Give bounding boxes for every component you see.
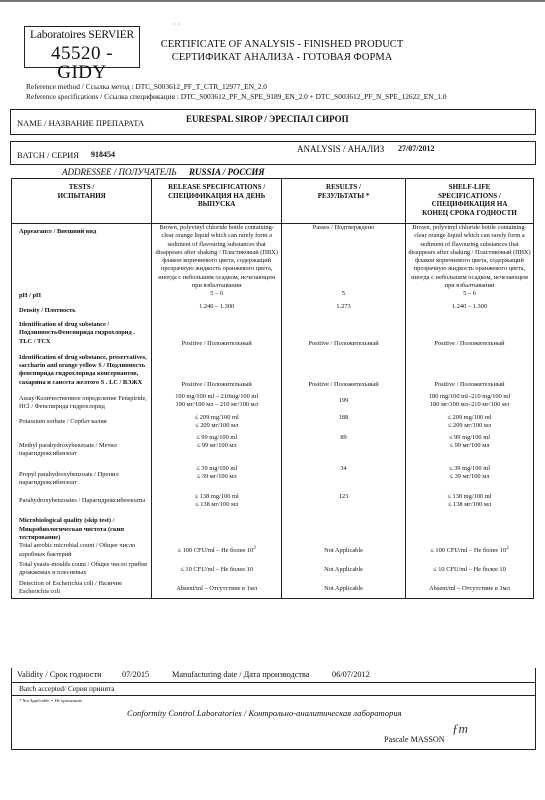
result-cell: 188 xyxy=(282,414,406,434)
table-row: Density / Плотность1.240 – 1.3001.2731.2… xyxy=(12,303,534,317)
title-en: CERTIFICATE OF ANALYSIS - FINISHED PRODU… xyxy=(142,38,422,51)
result-cell: Positive / Положительный xyxy=(282,317,406,348)
analysis-date: 27/07/2012 xyxy=(398,144,434,153)
batch-accepted-label: Batch accepted/ Серия принята xyxy=(19,684,115,693)
table-row-micro-heading: Microbiological quality (skip test) / Ми… xyxy=(12,511,534,542)
table-row: Potassium sorbate / Сорбат калия≤ 209 mg… xyxy=(12,414,534,434)
result-cell-text: Not Applicable xyxy=(324,585,363,592)
empty-cell xyxy=(152,511,282,542)
test-cell-text: Total aerobic microbial count / Общее чи… xyxy=(19,542,135,557)
empty-cell xyxy=(282,511,406,542)
result-cell: Not Applicable xyxy=(282,561,406,580)
release-spec-cell: ≤ 99 mg/100 ml ≤ 99 мг/100 мл xyxy=(152,434,282,465)
validity-label: Validity / Срок годности xyxy=(17,670,102,679)
signature: ƒm xyxy=(452,721,468,737)
addressee: ADDRESSEE / ПОЛУЧАТЕЛЬ RUSSIA / РОССИЯ xyxy=(62,167,265,177)
table-header: TESTS / ИСПЫТАНИЯ RELEASE SPECIFICATIONS… xyxy=(12,179,534,224)
shelf-life-spec-cell: ≤ 10 CFU/ml – Не более 10 xyxy=(405,561,533,580)
release-spec-cell: ≤ 209 mg/100 ml ≤ 209 мг/100 мл xyxy=(152,414,282,434)
result-cell: 5 xyxy=(282,290,406,302)
batch-accepted-row: Batch accepted/ Серия принята xyxy=(11,682,536,696)
table-row: Total yeasts-moulds count / Общее число … xyxy=(12,561,534,580)
result-cell: 123 xyxy=(282,493,406,511)
shelf-life-spec-cell-text: ≤ 100 CFU/ml – Не более 10 xyxy=(430,547,506,554)
reference-specifications: Reference specifications / Ссылка специф… xyxy=(26,92,446,102)
addressee-value: RUSSIA / РОССИЯ xyxy=(189,167,265,177)
shelf-life-spec-cell: ≤ 100 CFU/ml – Не более 102 xyxy=(405,542,533,561)
table-row: Detection of Escherichia coli / Наличие … xyxy=(12,580,534,599)
release-spec-cell: Positive / Положительный xyxy=(152,317,282,348)
release-spec-cell: 5 – 6 xyxy=(152,290,282,302)
release-spec-cell-text: Absent/ml – Отсутствие в 1мл xyxy=(176,585,257,592)
test-cell: Propyl parahydroxybenzoate / Пропил пара… xyxy=(12,465,152,494)
manufacturing-date-label: Manufacturing date / Дата производства xyxy=(172,670,310,679)
test-cell: Methyl parahydroxybenzoate / Метил параг… xyxy=(12,434,152,465)
shelf-life-spec-cell-text: Absent/ml – Отсутствие в 1мл xyxy=(429,585,510,592)
result-cell: Positive / Положительный xyxy=(282,348,406,389)
release-spec-cell: ≤ 10 CFU/ml – Не более 10 xyxy=(152,561,282,580)
batch-value: 918454 xyxy=(91,150,115,159)
shelf-life-spec-cell: ≤ 138 mg/100 ml ≤ 138 мг/100 мл xyxy=(405,493,533,511)
test-cell: Potassium sorbate / Сорбат калия xyxy=(12,414,152,434)
shelf-life-spec-cell: 180 mg/100 ml–210 mg/100 ml 180 мг/100 м… xyxy=(405,389,533,414)
release-spec-cell: ≤ 138 mg/100 ml ≤ 138 мг/100 мл xyxy=(152,493,282,511)
shelf-life-spec-cell: 5 – 6 xyxy=(405,290,533,302)
references: Reference method / Ссылка метод : DTC_S0… xyxy=(26,82,446,101)
table-row: Total aerobic microbial count / Общее чи… xyxy=(12,542,534,561)
test-cell: Identification of drug substance / Подли… xyxy=(12,317,152,348)
batch-label: BATCH / СЕРИЯ xyxy=(17,150,79,160)
release-spec-cell: ≤ 39 mg/100 ml ≤ 39 мг/100 мл xyxy=(152,465,282,494)
test-cell: Assay/Количественное определение Fenspir… xyxy=(12,389,152,414)
superscript-exponent: 2 xyxy=(506,546,509,551)
stamp-company: Laboratoires SERVIER xyxy=(25,30,139,42)
shelf-life-spec-cell: ≤ 209 mg/100 ml ≤ 209 мг/100 мл xyxy=(405,414,533,434)
laboratory-name: Conformity Control Laboratories / Контро… xyxy=(127,708,402,718)
shelf-life-spec-cell: Positive / Положительный xyxy=(405,348,533,389)
shelf-life-spec-cell: ≤ 99 mg/100 ml ≤ 99 мг/100 мл xyxy=(405,434,533,465)
release-spec-cell: 190 mg/100 ml – 210mg/100 ml 190 мг/100 … xyxy=(152,389,282,414)
release-spec-cell-text: ≤ 100 CFU/ml – Не более 10 xyxy=(177,547,253,554)
release-spec-cell-text: ≤ 10 CFU/ml – Не более 10 xyxy=(180,566,253,573)
release-spec-cell: Positive / Положительный xyxy=(152,348,282,389)
result-cell: Not Applicable xyxy=(282,542,406,561)
result-cell: 199 xyxy=(282,389,406,414)
result-cell: Not Applicable xyxy=(282,580,406,599)
product-name-box: NAME / НАЗВАНИЕ ПРЕПАРАТА EURESPAL SIROP… xyxy=(10,109,536,135)
product-name-label: NAME / НАЗВАНИЕ ПРЕПАРАТА xyxy=(17,118,144,128)
release-spec-cell: ≤ 100 CFU/ml – Не более 102 xyxy=(152,542,282,561)
shelf-life-spec-cell: 1.240 – 1.300 xyxy=(405,303,533,317)
col-release-specs: RELEASE SPECIFICATIONS / СПЕЦИФИКАЦИЯ НА… xyxy=(152,179,282,224)
table-row: Assay/Количественное определение Fenspir… xyxy=(12,389,534,414)
test-cell: Density / Плотность xyxy=(12,303,152,317)
table-row: Identification of drug substance, preser… xyxy=(12,348,534,389)
test-cell: Total aerobic microbial count / Общее чи… xyxy=(12,542,152,561)
results-table: TESTS / ИСПЫТАНИЯ RELEASE SPECIFICATIONS… xyxy=(11,178,534,599)
shelf-life-spec-cell: Positive / Положительный xyxy=(405,317,533,348)
footer: * Not Applicable = Не применимо Conformi… xyxy=(11,695,536,750)
table-row: Appearance / Внешний видBrown, polyvinyl… xyxy=(12,224,534,291)
analysis-label: ANALYSIS / АНАЛИЗ xyxy=(297,144,384,154)
reference-method: Reference method / Ссылка метод : DTC_S0… xyxy=(26,82,446,92)
scan-edge xyxy=(0,0,545,2)
title-ru: СЕРТИФИКАТ АНАЛИЗА - ГОТОВАЯ ФОРМА xyxy=(142,51,422,64)
table-row: Propyl parahydroxybenzoate / Пропил пара… xyxy=(12,465,534,494)
table-row: pH / pH5 – 655 – 6 xyxy=(12,290,534,302)
company-stamp: Laboratoires SERVIER 45520 - GIDY xyxy=(24,26,140,68)
col-tests: TESTS / ИСПЫТАНИЯ xyxy=(12,179,152,224)
signer-name: Pascale MASSON xyxy=(384,735,445,744)
table-row: Parahydroxybenzoates / Парагидроксибензо… xyxy=(12,493,534,511)
validity-row: Validity / Срок годности 07/2015 Manufac… xyxy=(11,668,536,683)
product-name-value: EURESPAL SIROP / ЭРЕСПАЛ СИРОП xyxy=(186,114,349,124)
shelf-life-spec-cell: Brown, polyvinyl chloride bottle contain… xyxy=(405,224,533,291)
col-shelf-life-specs: SHELF-LIFE SPECIFICATIONS / СПЕЦИФИКАЦИЯ… xyxy=(405,179,533,224)
result-cell: 89 xyxy=(282,434,406,465)
test-cell: Appearance / Внешний вид xyxy=(12,224,152,291)
shelf-life-spec-cell-text: ≤ 10 CFU/ml – Не более 10 xyxy=(433,566,506,573)
release-spec-cell: Absent/ml – Отсутствие в 1мл xyxy=(152,580,282,599)
result-cell-text: Not Applicable xyxy=(324,547,363,554)
footnote: * Not Applicable = Не применимо xyxy=(19,698,82,703)
result-cell: 1.273 xyxy=(282,303,406,317)
superscript-exponent: 2 xyxy=(253,546,256,551)
result-cell: 34 xyxy=(282,465,406,494)
test-cell-text: Total yeasts-moulds count / Общее число … xyxy=(19,561,147,576)
empty-cell xyxy=(405,511,533,542)
release-spec-cell: 1.240 – 1.300 xyxy=(152,303,282,317)
shelf-life-spec-cell: ≤ 39 mg/100 ml ≤ 39 мг/100 мл xyxy=(405,465,533,494)
document-title: CERTIFICATE OF ANALYSIS - FINISHED PRODU… xyxy=(142,38,422,64)
result-cell-text: Not Applicable xyxy=(324,566,363,573)
micro-heading-cell: Microbiological quality (skip test) / Ми… xyxy=(12,511,152,542)
shelf-life-spec-cell: Absent/ml – Отсутствие в 1мл xyxy=(405,580,533,599)
manufacturing-date-value: 06/07/2012 xyxy=(332,670,370,679)
result-cell: Passes / Подтверждено xyxy=(282,224,406,291)
release-spec-cell: Brown, polyvinyl chloride bottle contain… xyxy=(152,224,282,291)
col-results: RESULTS / РЕЗУЛЬТАТЫ * xyxy=(282,179,406,224)
validity-value: 07/2015 xyxy=(122,670,149,679)
test-cell: pH / pH xyxy=(12,290,152,302)
test-cell-text: Detection of Escherichia coli / Наличие … xyxy=(19,580,122,595)
table-row: Methyl parahydroxybenzoate / Метил параг… xyxy=(12,434,534,465)
test-cell: Total yeasts-moulds count / Общее число … xyxy=(12,561,152,580)
test-cell: Detection of Escherichia coli / Наличие … xyxy=(12,580,152,599)
scan-mark: · · xyxy=(173,20,180,29)
stamp-location: 45520 - GIDY xyxy=(25,44,139,82)
batch-box: BATCH / СЕРИЯ 918454 ANALYSIS / АНАЛИЗ 2… xyxy=(10,141,536,165)
test-cell: Parahydroxybenzoates / Парагидроксибензо… xyxy=(12,493,152,511)
test-cell: Identification of drug substance, preser… xyxy=(12,348,152,389)
table-row: Identification of drug substance / Подли… xyxy=(12,317,534,348)
addressee-label: ADDRESSEE / ПОЛУЧАТЕЛЬ xyxy=(62,167,177,177)
